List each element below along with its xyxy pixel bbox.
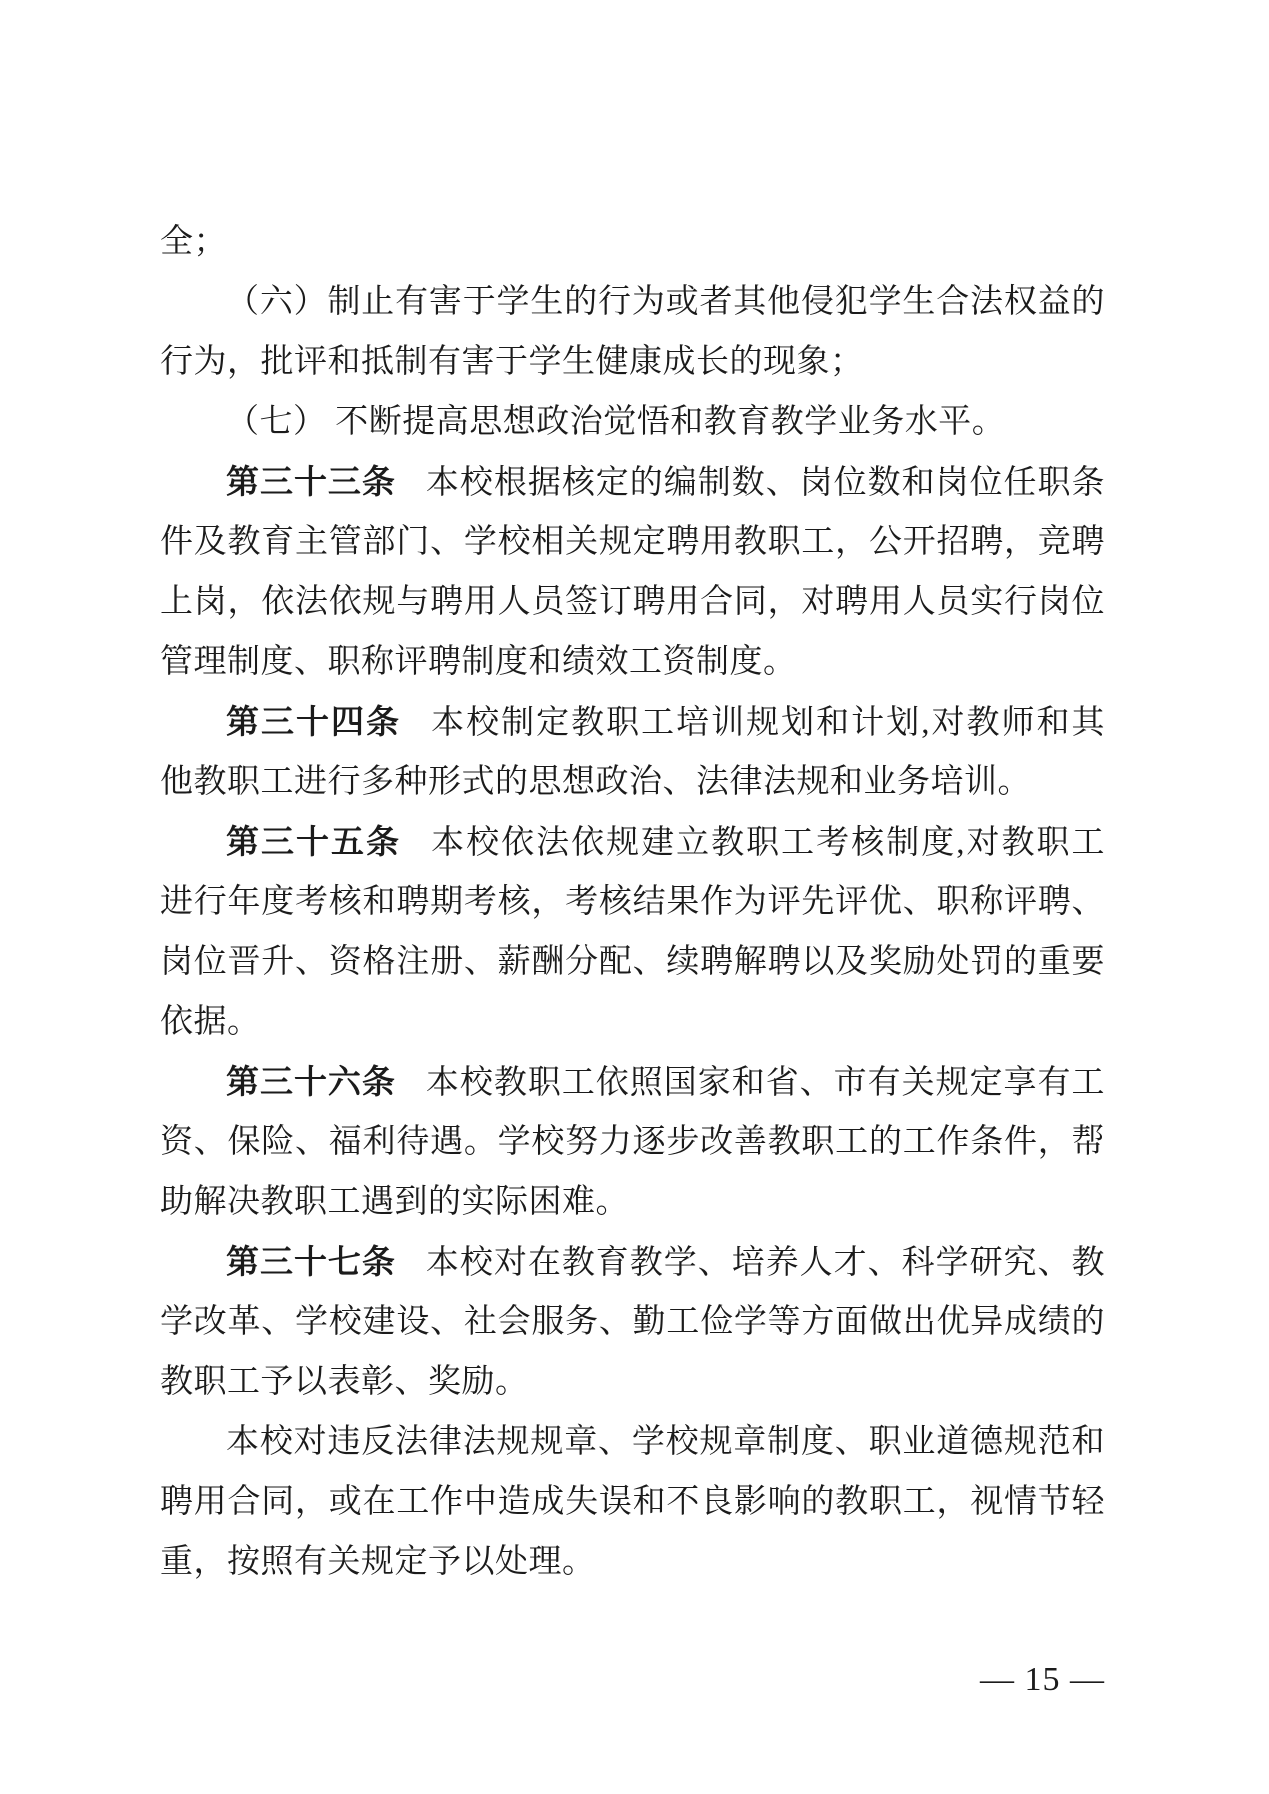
text-line: 依据。 bbox=[160, 992, 1105, 1052]
text-line: 进行年度考核和聘期考核，考核结果作为评先评优、职称评聘、 bbox=[160, 872, 1105, 932]
line-text: 上岗，依法依规与聘用人员签订聘用合同，对聘用人员实行岗位 bbox=[160, 584, 1105, 620]
document-page: 全；（六）制止有害于学生的行为或者其他侵犯学生合法权益的行为，批评和抵制有害于学… bbox=[0, 0, 1269, 1794]
text-line: 管理制度、职称评聘制度和绩效工资制度。 bbox=[160, 632, 1105, 692]
text-line: 上岗，依法依规与聘用人员签订聘用合同，对聘用人员实行岗位 bbox=[160, 572, 1105, 632]
text-line: 学改革、学校建设、社会服务、勤工俭学等方面做出优异成绩的 bbox=[160, 1292, 1105, 1352]
text-line: （六）制止有害于学生的行为或者其他侵犯学生合法权益的 bbox=[160, 272, 1105, 332]
line-text: （六）制止有害于学生的行为或者其他侵犯学生合法权益的 bbox=[226, 284, 1105, 320]
line-text: 岗位晋升、资格注册、薪酬分配、续聘解聘以及奖励处罚的重要 bbox=[160, 944, 1105, 980]
article-number: 第三十三条 bbox=[226, 463, 396, 500]
text-line: 资、保险、福利待遇。学校努力逐步改善教职工的工作条件，帮 bbox=[160, 1112, 1105, 1172]
line-text: 行为，批评和抵制有害于学生健康成长的现象； bbox=[160, 344, 864, 380]
line-text: 本校根据核定的编制数、岗位数和岗位任职条 bbox=[426, 465, 1105, 501]
line-text: 助解决教职工遇到的实际困难。 bbox=[160, 1184, 629, 1220]
line-text: 本校对在教育教学、培养人才、科学研究、教 bbox=[426, 1245, 1105, 1281]
text-line: 第三十七条本校对在教育教学、培养人才、科学研究、教 bbox=[160, 1232, 1105, 1292]
line-text: 本校依法依规建立教职工考核制度,对教职工 bbox=[431, 825, 1105, 861]
text-line: 件及教育主管部门、学校相关规定聘用教职工，公开招聘，竞聘 bbox=[160, 512, 1105, 572]
line-text: 全； bbox=[160, 224, 227, 260]
document-text-block: 全；（六）制止有害于学生的行为或者其他侵犯学生合法权益的行为，批评和抵制有害于学… bbox=[160, 212, 1105, 1592]
line-text: 他教职工进行多种形式的思想政治、法律法规和业务培训。 bbox=[160, 764, 1031, 800]
line-text: 本校教职工依照国家和省、市有关规定享有工 bbox=[426, 1065, 1105, 1101]
line-text: 重，按照有关规定予以处理。 bbox=[160, 1544, 596, 1580]
text-line: 第三十四条本校制定教职工培训规划和计划,对教师和其 bbox=[160, 692, 1105, 752]
line-text: 件及教育主管部门、学校相关规定聘用教职工，公开招聘，竞聘 bbox=[160, 524, 1105, 560]
text-line: 第三十五条本校依法依规建立教职工考核制度,对教职工 bbox=[160, 812, 1105, 872]
page-number: — 15 — bbox=[980, 1660, 1105, 1700]
article-number: 第三十六条 bbox=[226, 1063, 396, 1100]
line-text: 聘用合同，或在工作中造成失误和不良影响的教职工，视情节轻 bbox=[160, 1484, 1105, 1520]
line-text: 本校制定教职工培训规划和计划,对教师和其 bbox=[431, 705, 1105, 741]
line-text: 进行年度考核和聘期考核，考核结果作为评先评优、职称评聘、 bbox=[160, 884, 1105, 920]
article-number: 第三十五条 bbox=[226, 823, 401, 860]
article-number: 第三十四条 bbox=[226, 703, 401, 740]
line-text: 学改革、学校建设、社会服务、勤工俭学等方面做出优异成绩的 bbox=[160, 1304, 1105, 1340]
line-text: （七） 不断提高思想政治觉悟和教育教学业务水平。 bbox=[226, 404, 1005, 440]
text-line: 全； bbox=[160, 212, 1105, 272]
text-line: 第三十六条本校教职工依照国家和省、市有关规定享有工 bbox=[160, 1052, 1105, 1112]
text-line: 本校对违反法律法规规章、学校规章制度、职业道德规范和 bbox=[160, 1412, 1105, 1472]
text-line: （七） 不断提高思想政治觉悟和教育教学业务水平。 bbox=[160, 392, 1105, 452]
text-line: 重，按照有关规定予以处理。 bbox=[160, 1532, 1105, 1592]
article-number: 第三十七条 bbox=[226, 1243, 396, 1280]
text-line: 行为，批评和抵制有害于学生健康成长的现象； bbox=[160, 332, 1105, 392]
line-text: 依据。 bbox=[160, 1004, 261, 1040]
line-text: 资、保险、福利待遇。学校努力逐步改善教职工的工作条件，帮 bbox=[160, 1124, 1105, 1160]
text-line: 他教职工进行多种形式的思想政治、法律法规和业务培训。 bbox=[160, 752, 1105, 812]
text-line: 第三十三条本校根据核定的编制数、岗位数和岗位任职条 bbox=[160, 452, 1105, 512]
text-line: 岗位晋升、资格注册、薪酬分配、续聘解聘以及奖励处罚的重要 bbox=[160, 932, 1105, 992]
line-text: 管理制度、职称评聘制度和绩效工资制度。 bbox=[160, 644, 797, 680]
text-line: 教职工予以表彰、奖励。 bbox=[160, 1352, 1105, 1412]
line-text: 教职工予以表彰、奖励。 bbox=[160, 1364, 529, 1400]
text-line: 助解决教职工遇到的实际困难。 bbox=[160, 1172, 1105, 1232]
text-line: 聘用合同，或在工作中造成失误和不良影响的教职工，视情节轻 bbox=[160, 1472, 1105, 1532]
line-text: 本校对违反法律法规规章、学校规章制度、职业道德规范和 bbox=[226, 1424, 1105, 1460]
